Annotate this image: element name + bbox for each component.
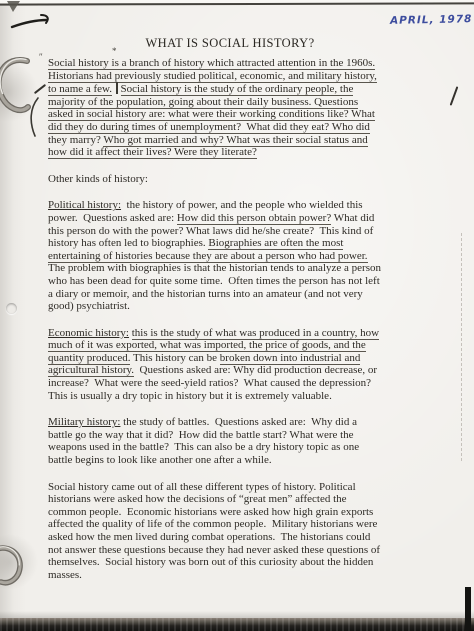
text-segment: common people. Economic historians were …	[48, 506, 373, 518]
text-line: majority of the population, going about …	[48, 96, 381, 109]
scanner-band-right	[465, 587, 471, 631]
handwritten-date-note: APRIL, 1978	[390, 13, 473, 27]
text-line: themselves. Social history was born out …	[48, 556, 381, 569]
text-segment: asked in social history are: what were t…	[48, 108, 375, 121]
text-segment: How did this person obtain power?	[177, 212, 331, 225]
text-segment: Social history came out of all these dif…	[48, 481, 356, 493]
asterisk-mark: *	[112, 46, 117, 56]
text-line: increase? What were the seed-yield ratio…	[48, 377, 381, 390]
quote-tick-mark: ″	[39, 52, 42, 62]
text-segment: to name a few.	[48, 83, 112, 96]
text-line: this person do with the power? What laws…	[48, 225, 381, 238]
text-line: asked how the men lived during combat op…	[48, 531, 381, 544]
text-segment: the history of power, and the people who…	[121, 199, 363, 211]
scanned-page: APRIL, 1978 WHAT IS SOCIAL HISTORY? ″ * …	[0, 0, 474, 631]
text-line: quantity produced. This history can be b…	[48, 352, 381, 365]
history-type-label: Political history:	[48, 199, 121, 211]
text-segment: who has been dead for quite some time. O…	[48, 275, 380, 287]
paragraph-military-history: Military history: the study of battles. …	[48, 416, 381, 466]
text-segment: battle begins to look like another one a…	[48, 454, 272, 466]
checkmark-annotation	[450, 86, 459, 105]
text-segment: This history can be	[130, 352, 219, 364]
text-line: agricultural history. Questions asked ar…	[48, 364, 381, 377]
scanner-band	[0, 618, 474, 631]
history-type-label: Military history:	[48, 416, 120, 428]
text-segment: quantity produced.	[48, 352, 130, 365]
text-segment: much of it was exported, what was import…	[48, 339, 366, 352]
text-line: power. Questions asked are: How did this…	[48, 212, 381, 225]
text-line: Social history is a branch of history wh…	[48, 57, 381, 70]
text-line: historians were asked how the decisions …	[48, 493, 381, 506]
text-line: how did it affect their lives? Were they…	[48, 146, 381, 159]
document-body: Social history is a branch of history wh…	[48, 57, 381, 595]
text-line: masses.	[48, 569, 381, 582]
text-line: good) psychiatrist.	[48, 300, 381, 313]
binder-ring-bottom	[0, 540, 32, 594]
paragraph-political-history: Political history: the history of power,…	[48, 199, 381, 312]
text-segment: this person do with the power? What laws…	[48, 225, 373, 237]
text-line: to name a few.Social history is the stud…	[48, 82, 381, 96]
text-line: Historians had previously studied politi…	[48, 70, 381, 83]
text-segment: power. Questions asked are:	[48, 212, 177, 224]
text-line: much of it was exported, what was import…	[48, 339, 381, 352]
text-segment: themselves. Social history was born out …	[48, 556, 373, 568]
text-segment: Historians had previously studied politi…	[48, 70, 377, 83]
binder-ring-top	[0, 53, 36, 121]
text-segment: Who got married and why? What was their …	[103, 134, 367, 147]
text-segment: What did	[331, 212, 374, 224]
text-segment: Biographies are often the most	[208, 237, 343, 250]
text-segment: masses.	[48, 569, 82, 581]
scanner-band-shadow	[0, 611, 474, 618]
text-line: battle begins to look like another one a…	[48, 454, 381, 467]
paragraph-intro: Social history is a branch of history wh…	[48, 57, 381, 159]
text-segment: they marry?	[48, 134, 103, 146]
text-segment: increase? What were the seed-yield ratio…	[48, 377, 371, 389]
paragraph-other-kinds: Other kinds of history:	[48, 173, 381, 186]
text-segment: Social history is a branch of history wh…	[48, 57, 375, 70]
page-top-edge	[0, 2, 474, 5]
text-segment: not answer these questions because they …	[48, 544, 380, 556]
text-line: asked in social history are: what were t…	[48, 108, 381, 121]
text-line: entertaining of histories because they a…	[48, 250, 381, 263]
text-line: not answer these questions because they …	[48, 544, 381, 557]
page-right-edge-line	[461, 233, 462, 461]
text-segment: battle go the way that it did? How did t…	[48, 429, 354, 441]
text-segment: this is the study of what was produced i…	[132, 327, 379, 340]
page-title: WHAT IS SOCIAL HISTORY?	[0, 36, 460, 51]
text-line: Social history came out of all these dif…	[48, 481, 381, 494]
text-segment: weapons used in the battle? This can als…	[48, 441, 359, 453]
text-line: Economic history: this is the study of w…	[48, 327, 381, 340]
text-segment: Social history is the study of the ordin…	[121, 83, 354, 96]
text-segment: Questions asked are: Why did production …	[134, 364, 377, 376]
text-segment: affected the quality of life of the comm…	[48, 518, 377, 530]
text-segment: the study of battles. Questions asked ar…	[120, 416, 357, 428]
text-segment: This is usually a dry topic in history b…	[48, 390, 332, 402]
punch-hole	[6, 303, 17, 314]
text-segment: did they do during times of unemployment…	[48, 121, 370, 134]
text-segment: a diary or memoir, and the historian tur…	[48, 288, 363, 300]
text-line: common people. Economic historians were …	[48, 506, 381, 519]
bracket-mark	[116, 82, 118, 94]
text-line: battle go the way that it did? How did t…	[48, 429, 381, 442]
text-segment: history has often led to biographies.	[48, 237, 208, 249]
text-line: Political history: the history of power,…	[48, 199, 381, 212]
text-line: The problem with biographies is that the…	[48, 262, 381, 275]
text-segment: entertaining of histories because they a…	[48, 250, 368, 263]
text-segment: asked how the men lived during combat op…	[48, 531, 370, 543]
text-line: they marry? Who got married and why? Wha…	[48, 134, 381, 147]
text-segment: historians were asked how the decisions …	[48, 493, 347, 505]
text-line: history has often led to biographies. Bi…	[48, 237, 381, 250]
text-line: did they do during times of unemployment…	[48, 121, 381, 134]
corner-clip-mark	[7, 1, 20, 12]
text-line: Other kinds of history:	[48, 173, 381, 186]
text-line: affected the quality of life of the comm…	[48, 518, 381, 531]
text-line: Military history: the study of battles. …	[48, 416, 381, 429]
text-segment: The problem with biographies is that the…	[48, 262, 381, 274]
text-line: This is usually a dry topic in history b…	[48, 390, 381, 403]
text-segment: broken down into industrial and	[220, 352, 361, 365]
history-type-label: Economic history:	[48, 327, 129, 339]
text-line: weapons used in the battle? This can als…	[48, 441, 381, 454]
text-line: a diary or memoir, and the historian tur…	[48, 288, 381, 301]
paragraph-economic-history: Economic history: this is the study of w…	[48, 327, 381, 403]
text-segment: agricultural history.	[48, 364, 134, 377]
pen-arrow-doodle	[10, 12, 56, 32]
text-segment: good) psychiatrist.	[48, 300, 130, 312]
text-segment: Other kinds of history:	[48, 173, 148, 185]
text-segment: majority of the population, going about …	[48, 96, 358, 109]
text-segment: how did it affect their lives? Were they…	[48, 146, 257, 159]
paragraph-origins: Social history came out of all these dif…	[48, 481, 381, 582]
text-line: who has been dead for quite some time. O…	[48, 275, 381, 288]
